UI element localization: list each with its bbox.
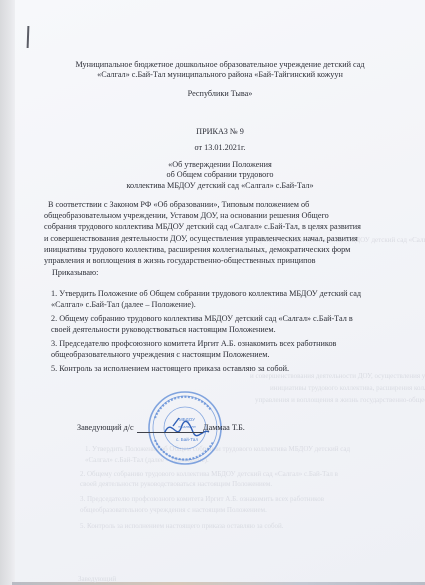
order-item-line: 3. Председателю профсоюзного комитета Ир… (51, 339, 336, 350)
order-directive-label: Приказываю: (52, 268, 98, 278)
preamble-line: управления и воплощения в жизнь государс… (44, 255, 361, 266)
stamp-text-bottom: с. Бай-Тал (176, 436, 198, 442)
organization-header: Муниципальное бюджетное дошкольное образ… (60, 60, 380, 81)
preamble-line: общеобразовательном учреждении, Уставом … (44, 210, 361, 221)
signature-line (137, 432, 203, 433)
order-item-line: своей деятельности руководствоваться нас… (51, 325, 353, 336)
order-item-5: 5. Контроль за исполнением настоящего пр… (51, 364, 289, 375)
signature-position: Заведующий д/с (77, 423, 134, 433)
order-subject-line-1: «Об утверждении Положения (60, 160, 380, 170)
order-subject-line-3: коллектива МБДОУ детский сад «Салгал» с.… (60, 181, 380, 191)
preamble-paragraph: В соответствии с Законом РФ «Об образова… (44, 199, 361, 266)
preamble-line: и совершенствования деятельности ДОУ, ос… (44, 233, 361, 244)
order-item-line: «Салгал» с.Бай-Тал (далее – Положение). (51, 300, 361, 311)
order-item-1: 1. Утвердить Положение об Общем собрании… (51, 289, 361, 310)
preamble-line: собрания трудового коллектива МБДОУ детс… (44, 221, 361, 232)
order-subject-line-2: об Общем собрании трудового (60, 170, 380, 180)
scan-edge-shadow (0, 0, 15, 585)
order-title: ПРИКАЗ № 9 (60, 127, 380, 137)
organization-line-2: «Салгал» с.Бай-Тал муниципального района… (60, 70, 380, 80)
organization-line-1: Муниципальное бюджетное дошкольное образ… (60, 60, 380, 70)
signature-name: Даммаа Т.Б. (203, 423, 245, 433)
preamble-line: инициативы трудового коллектива, расшире… (44, 244, 361, 255)
order-date: от 13.01.2021г. (60, 143, 380, 153)
republic-line: Республики Тыва» (60, 89, 380, 99)
order-item-line: 1. Утвердить Положение об Общем собрании… (51, 289, 361, 300)
order-item-3: 3. Председателю профсоюзного комитета Ир… (51, 339, 336, 360)
order-item-2: 2. Общему собранию трудового коллектива … (51, 314, 353, 335)
order-subject: «Об утверждении Положения об Общем собра… (60, 160, 380, 191)
preamble-line: В соответствии с Законом РФ «Об образова… (44, 199, 361, 210)
order-item-line: 2. Общему собранию трудового коллектива … (51, 314, 353, 325)
order-item-line: 5. Контроль за исполнением настоящего пр… (51, 364, 289, 375)
order-item-line: общеобразовательного учреждения с настоя… (51, 350, 336, 361)
